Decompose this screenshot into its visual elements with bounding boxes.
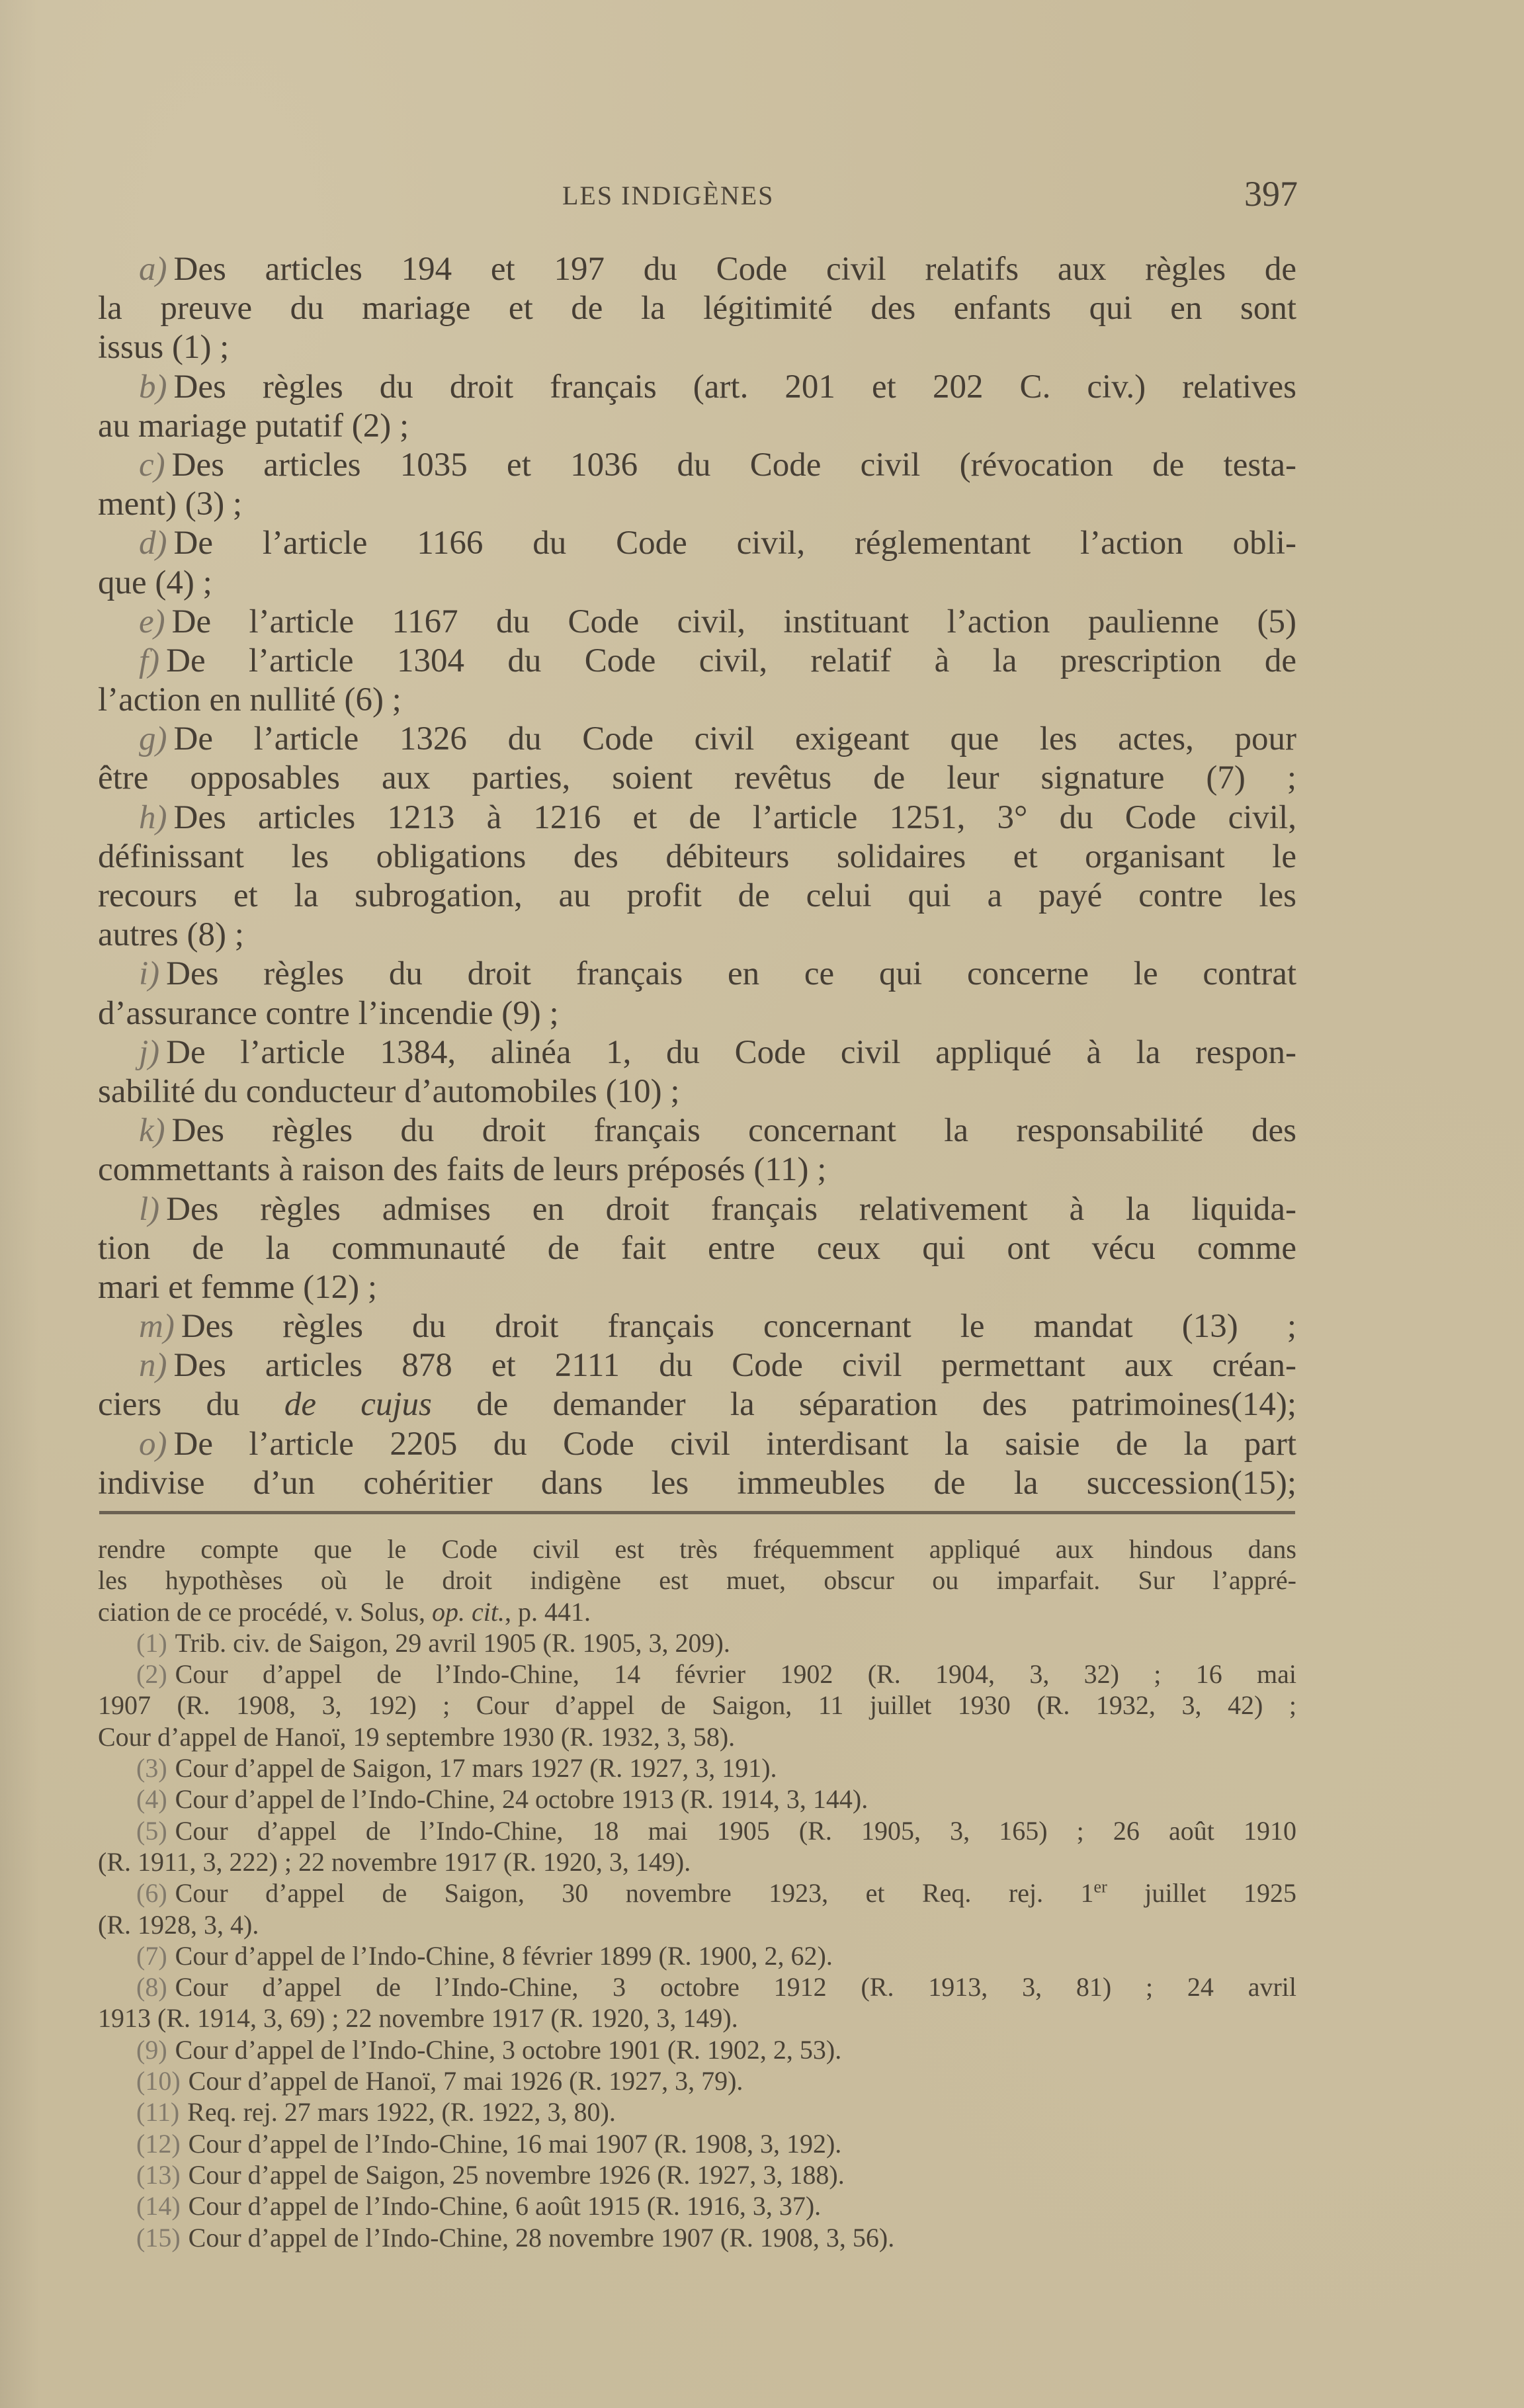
footnote-continuation-line-2: les hypothèses où le droit indigène est …: [98, 1565, 1296, 1596]
footnote-2-line-1: (2)Cour d’appel de l’Indo-Chine, 14 févr…: [98, 1658, 1296, 1690]
footnote-continuation-line-3: ciation de ce procédé, v. Solus, op. cit…: [98, 1596, 1296, 1627]
footnote-number: (14): [136, 2191, 181, 2221]
item-e-line-1: e)De l’article 1167 du Code civil, insti…: [98, 603, 1296, 642]
item-b-line-1: b)Des règles du droit français (art. 201…: [98, 368, 1296, 407]
item-g-line-2: être opposables aux parties, soient revê…: [98, 759, 1296, 798]
item-a-line-2: la preuve du mariage et de la légitimité…: [98, 289, 1296, 328]
footnote-8-line-1: (8)Cour d’appel de l’Indo-Chine, 3 octob…: [98, 1971, 1296, 2002]
footnote-4: (4)Cour d’appel de l’Indo-Chine, 24 octo…: [98, 1784, 1296, 1815]
item-a-line-1: a)Des articles 194 et 197 du Code civil …: [98, 250, 1296, 289]
footnote-number: (15): [136, 2223, 181, 2253]
footnote-number: (9): [136, 2035, 167, 2065]
main-text: a)Des articles 194 et 197 du Code civil …: [98, 250, 1296, 1503]
footnote-number: (13): [136, 2160, 181, 2190]
item-marker: c): [139, 447, 165, 484]
item-f-line-1: f)De l’article 1304 du Code civil, relat…: [98, 642, 1296, 681]
footnotes: rendre compte que le Code civil est très…: [98, 1533, 1296, 2253]
item-marker: m): [139, 1308, 175, 1345]
item-i-line-2: d’assurance contre l’incendie (9) ;: [98, 994, 1296, 1033]
footnote-number: (3): [136, 1753, 167, 1783]
item-marker: g): [139, 720, 167, 757]
item-d-line-1: d)De l’article 1166 du Code civil, régle…: [98, 524, 1296, 563]
item-n-line-1: n)Des articles 878 et 2111 du Code civil…: [98, 1346, 1296, 1385]
footnote-separator: [99, 1511, 1295, 1514]
item-l-line-2: tion de la communauté de fait entre ceux…: [98, 1229, 1296, 1268]
item-l-line-3: mari et femme (12) ;: [98, 1268, 1296, 1307]
item-b-line-2: au mariage putatif (2) ;: [98, 407, 1296, 446]
item-o-line-2: indivise d’un cohéritier dans les immeub…: [98, 1464, 1296, 1503]
footnote-number: (8): [136, 1972, 167, 2002]
footnote-2-line-3: Cour d’appel de Hanoï, 19 septembre 1930…: [98, 1721, 1296, 1752]
footnote-5-line-1: (5)Cour d’appel de l’Indo-Chine, 18 mai …: [98, 1815, 1296, 1846]
footnote-6-line-1: (6)Cour d’appel de Saigon, 30 novembre 1…: [98, 1877, 1296, 1909]
footnote-6-line-2: (R. 1928, 3, 4).: [98, 1909, 1296, 1940]
item-l-line-1: l)Des règles admises en droit français r…: [98, 1190, 1296, 1229]
item-f-line-2: l’action en nullité (6) ;: [98, 681, 1296, 720]
footnote-number: (2): [136, 1659, 167, 1689]
footnote-14: (14)Cour d’appel de l’Indo-Chine, 6 août…: [98, 2190, 1296, 2221]
footnote-number: (5): [136, 1816, 167, 1846]
item-marker: b): [139, 368, 167, 406]
item-marker: l): [139, 1191, 159, 1228]
footnote-7: (7)Cour d’appel de l’Indo-Chine, 8 févri…: [98, 1940, 1296, 1971]
footnote-10: (10)Cour d’appel de Hanoï, 7 mai 1926 (R…: [98, 2065, 1296, 2096]
item-n-line-2: ciers du de cujus de demander la séparat…: [98, 1385, 1296, 1424]
item-h-line-1: h)Des articles 1213 à 1216 et de l’artic…: [98, 798, 1296, 838]
running-head: LES INDIGÈNES 397: [98, 173, 1296, 220]
item-marker: i): [139, 955, 159, 992]
footnote-number: (12): [136, 2129, 181, 2159]
item-d-line-2: que (4) ;: [98, 564, 1296, 603]
footnote-12: (12)Cour d’appel de l’Indo-Chine, 16 mai…: [98, 2128, 1296, 2159]
footnote-number: (11): [136, 2097, 179, 2127]
footnote-13: (13)Cour d’appel de Saigon, 25 novembre …: [98, 2159, 1296, 2190]
item-marker: k): [139, 1112, 165, 1149]
item-c-line-2: ment) (3) ;: [98, 485, 1296, 524]
footnote-1: (1)Trib. civ. de Saigon, 29 avril 1905 (…: [98, 1627, 1296, 1658]
latin-term: de cujus: [284, 1386, 432, 1423]
item-marker: d): [139, 525, 167, 562]
footnote-number: (10): [136, 2066, 181, 2096]
book-page: LES INDIGÈNES 397 a)Des articles 194 et …: [98, 0, 1296, 2408]
item-marker: j): [139, 1034, 159, 1071]
item-marker: f): [139, 642, 159, 679]
item-m-line-1: m)Des règles du droit français concernan…: [98, 1307, 1296, 1346]
footnote-continuation-line-1: rendre compte que le Code civil est très…: [98, 1533, 1296, 1565]
item-marker: o): [139, 1426, 167, 1463]
item-o-line-1: o)De l’article 2205 du Code civil interd…: [98, 1425, 1296, 1464]
item-j-line-1: j)De l’article 1384, alinéa 1, du Code c…: [98, 1033, 1296, 1072]
item-j-line-2: sabilité du conducteur d’automobiles (10…: [98, 1072, 1296, 1111]
item-c-line-1: c)Des articles 1035 et 1036 du Code civi…: [98, 446, 1296, 485]
item-h-line-3: recours et la subrogation, au profit de …: [98, 877, 1296, 916]
item-marker: n): [139, 1347, 167, 1384]
footnote-15: (15)Cour d’appel de l’Indo-Chine, 28 nov…: [98, 2222, 1296, 2253]
footnote-number: (4): [136, 1784, 167, 1814]
page-number: 397: [1244, 173, 1298, 214]
footnote-11: (11)Req. rej. 27 mars 1922, (R. 1922, 3,…: [98, 2096, 1296, 2128]
item-h-line-4: autres (8) ;: [98, 916, 1296, 955]
footnote-number: (7): [136, 1941, 167, 1971]
item-marker: h): [139, 799, 167, 836]
item-h-line-2: définissant les obligations des débiteur…: [98, 838, 1296, 877]
footnote-2-line-2: 1907 (R. 1908, 3, 192) ; Cour d’appel de…: [98, 1690, 1296, 1721]
footnote-number: (6): [136, 1878, 167, 1908]
running-title: LES INDIGÈNES: [562, 180, 774, 211]
footnote-3: (3)Cour d’appel de Saigon, 17 mars 1927 …: [98, 1752, 1296, 1784]
item-k-line-1: k)Des règles du droit français concernan…: [98, 1111, 1296, 1150]
item-marker: e): [139, 603, 165, 640]
item-marker: a): [139, 251, 167, 288]
item-k-line-2: commettants à raison des faits de leurs …: [98, 1150, 1296, 1189]
footnote-8-line-2: 1913 (R. 1914, 3, 69) ; 22 novembre 1917…: [98, 2002, 1296, 2034]
footnote-number: (1): [136, 1628, 167, 1658]
item-a-line-3: issus (1) ;: [98, 328, 1296, 367]
item-i-line-1: i)Des règles du droit français en ce qui…: [98, 955, 1296, 994]
footnote-9: (9)Cour d’appel de l’Indo-Chine, 3 octob…: [98, 2034, 1296, 2065]
footnote-5-line-2: (R. 1911, 3, 222) ; 22 novembre 1917 (R.…: [98, 1846, 1296, 1877]
item-g-line-1: g)De l’article 1326 du Code civil exigea…: [98, 720, 1296, 759]
